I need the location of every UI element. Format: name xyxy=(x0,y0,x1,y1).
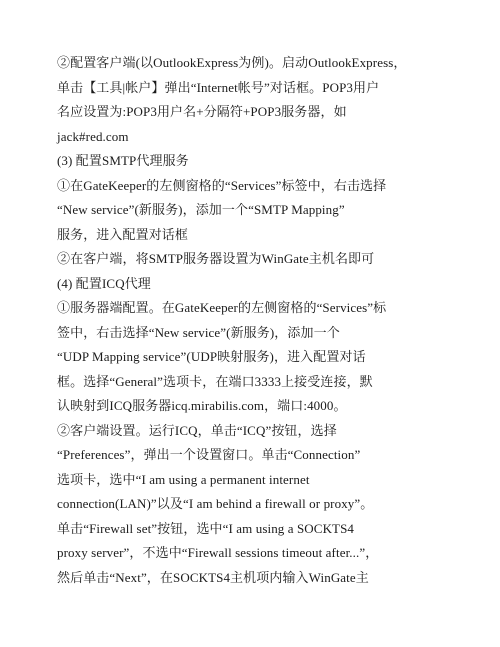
text-line: “New service”(新服务)，添加一个“SMTP Mapping” xyxy=(57,198,457,223)
text-line: jack#red.com xyxy=(57,125,457,150)
text-line: 选项卡，选中“I am using a permanent internet xyxy=(57,468,457,493)
document-text-block: ②配置客户端(以OutlookExpress为例)。启动OutlookExpre… xyxy=(57,51,457,590)
text-line: ①在GateKeeper的左侧窗格的“Services”标签中，右击选择 xyxy=(57,174,457,199)
document-page: ②配置客户端(以OutlookExpress为例)。启动OutlookExpre… xyxy=(0,0,500,647)
text-line: ②客户端设置。运行ICQ，单击“ICQ”按钮，选择 xyxy=(57,419,457,444)
text-line: 认映射到ICQ服务器icq.mirabilis.com，端口:4000。 xyxy=(57,394,457,419)
text-line: “Preferences”，弹出一个设置窗口。单击“Connection” xyxy=(57,443,457,468)
text-line: proxy server”，不选中“Firewall sessions time… xyxy=(57,541,457,566)
text-line: connection(LAN)”以及“I am behind a firewal… xyxy=(57,492,457,517)
text-line: (3) 配置SMTP代理服务 xyxy=(57,149,457,174)
text-line: 然后单击“Next”，在SOCKTS4主机项内输入WinGate主 xyxy=(57,566,457,591)
text-line: 单击【工具|帐户】弹出“Internet帐号”对话框。POP3用户 xyxy=(57,76,457,101)
text-line: ②配置客户端(以OutlookExpress为例)。启动OutlookExpre… xyxy=(57,51,457,76)
text-line: 服务，进入配置对话框 xyxy=(57,223,457,248)
text-line: 框。选择“General”选项卡，在端口3333上接受连接，默 xyxy=(57,370,457,395)
text-line: ①服务器端配置。在GateKeeper的左侧窗格的“Services”标 xyxy=(57,296,457,321)
text-line: “UDP Mapping service”(UDP映射服务)，进入配置对话 xyxy=(57,345,457,370)
text-line: (4) 配置ICQ代理 xyxy=(57,272,457,297)
text-line: 单击“Firewall set”按钮，选中“I am using a SOCKT… xyxy=(57,517,457,542)
text-line: 签中，右击选择“New service”(新服务)，添加一个 xyxy=(57,321,457,346)
text-line: ②在客户端，将SMTP服务器设置为WinGate主机名即可 xyxy=(57,247,457,272)
text-line: 名应设置为:POP3用户名+分隔符+POP3服务器，如 xyxy=(57,100,457,125)
